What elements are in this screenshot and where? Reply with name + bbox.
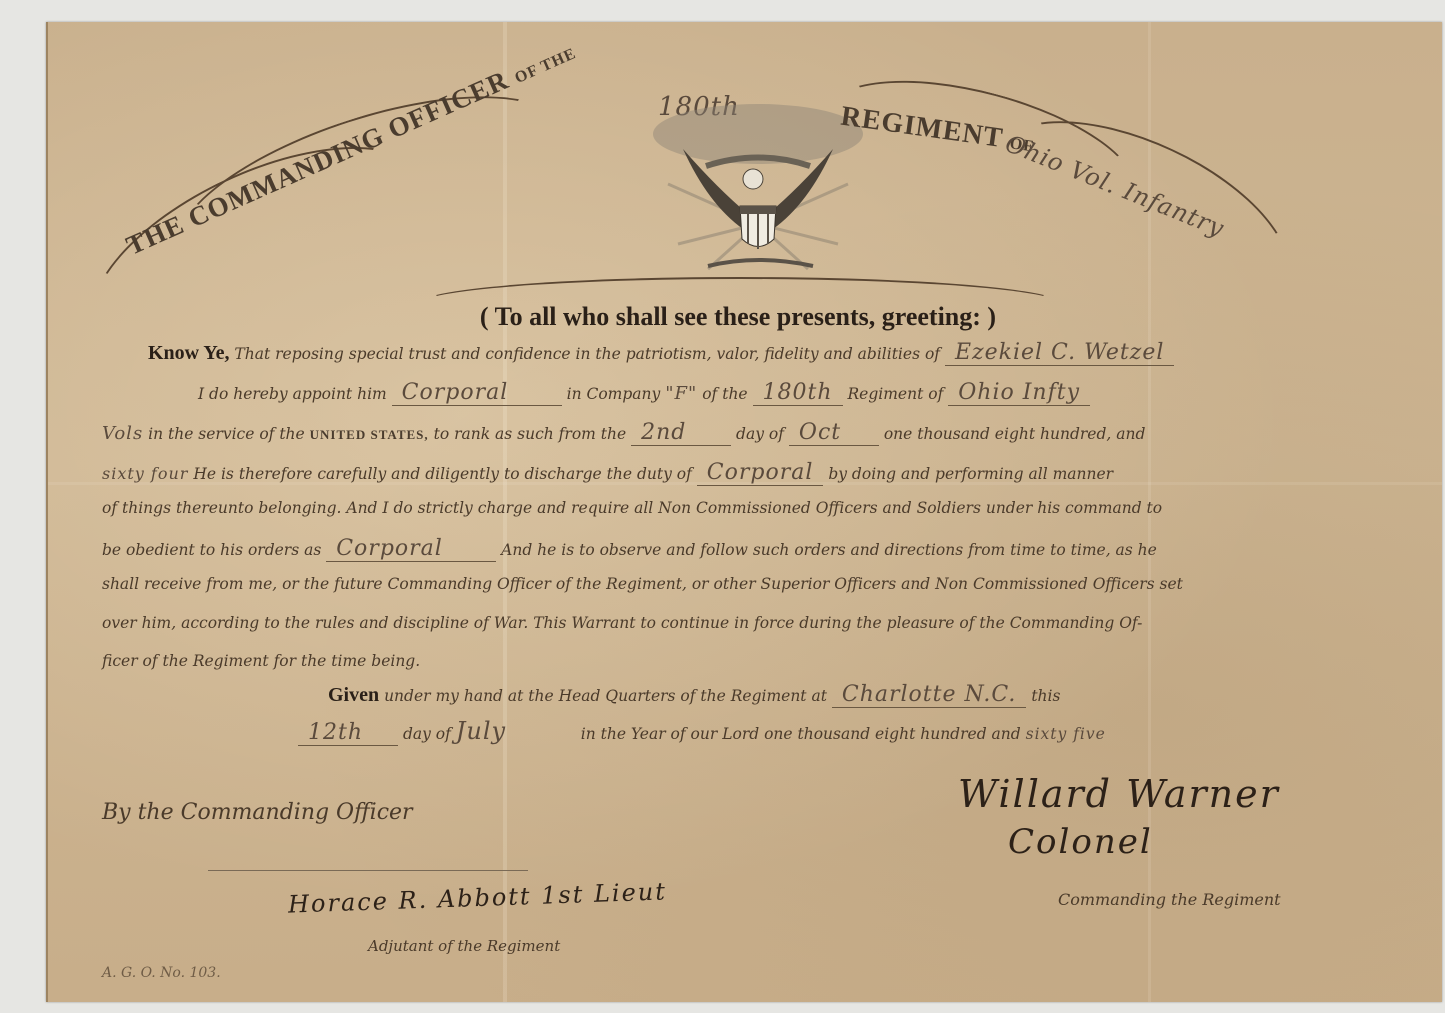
- adjutant-signature: Horace R. Abbott 1st Lieut: [288, 877, 668, 918]
- body-line-1: Know Ye, That reposing special trust and…: [148, 340, 1174, 366]
- body-line-2: I do hereby appoint him Corporal in Comp…: [198, 380, 1090, 406]
- signature-line: [208, 870, 528, 871]
- greeting: ( To all who shall see these presents, g…: [388, 302, 1088, 332]
- soldier-name-fill: Ezekiel C. Wetzel: [945, 340, 1174, 366]
- given-month-fill: July: [456, 717, 576, 745]
- regiment-name-fill: Ohio Infty: [948, 380, 1090, 406]
- from-month-fill: Oct: [789, 420, 879, 446]
- body-line-6: be obedient to his orders as Corporal An…: [102, 536, 1157, 562]
- rank-fill: Corporal: [392, 380, 562, 406]
- by-the-commanding-officer: By the Commanding Officer: [102, 800, 413, 825]
- given-day-fill: 12th: [298, 720, 398, 746]
- given-line-1: Given under my hand at the Head Quarters…: [328, 682, 1060, 708]
- from-day-fill: 2nd: [631, 420, 731, 446]
- body-line-3: Vols in the service of the UNITED STATES…: [102, 420, 1145, 446]
- adjutant-title: Adjutant of the Regiment: [368, 937, 560, 955]
- eagle-icon: [648, 94, 868, 284]
- place-fill: Charlotte N.C.: [832, 682, 1027, 708]
- colonel-signature: Willard Warner: [958, 772, 1280, 816]
- rank-fill-2: Corporal: [697, 460, 824, 486]
- body-line-5: of things thereunto belonging. And I do …: [102, 499, 1162, 517]
- body-line-7: shall receive from me, or the future Com…: [102, 575, 1183, 593]
- body-line-4: sixty four He is therefore carefully and…: [102, 460, 1113, 486]
- warrant-document: THE COMMANDING OFFICER OF THE 180th REGI…: [46, 22, 1442, 1002]
- form-number: A. G. O. No. 103.: [102, 965, 221, 981]
- body-line-8: over him, according to the rules and dis…: [102, 614, 1142, 632]
- colonel-rank: Colonel: [1008, 822, 1153, 862]
- body-line-9: ficer of the Regiment for the time being…: [102, 652, 420, 670]
- rank-fill-3: Corporal: [326, 536, 496, 562]
- colonel-title: Commanding the Regiment: [1058, 890, 1281, 909]
- given-year-fill: sixty five: [1026, 725, 1106, 743]
- given-line-2: 12th day of July in the Year of our Lord…: [298, 717, 1106, 746]
- regiment-number-body-fill: 180th: [753, 380, 843, 406]
- company-fill: "F": [665, 383, 697, 404]
- eagle-shield-emblem: [648, 94, 868, 284]
- from-year-fill: sixty four: [102, 464, 188, 483]
